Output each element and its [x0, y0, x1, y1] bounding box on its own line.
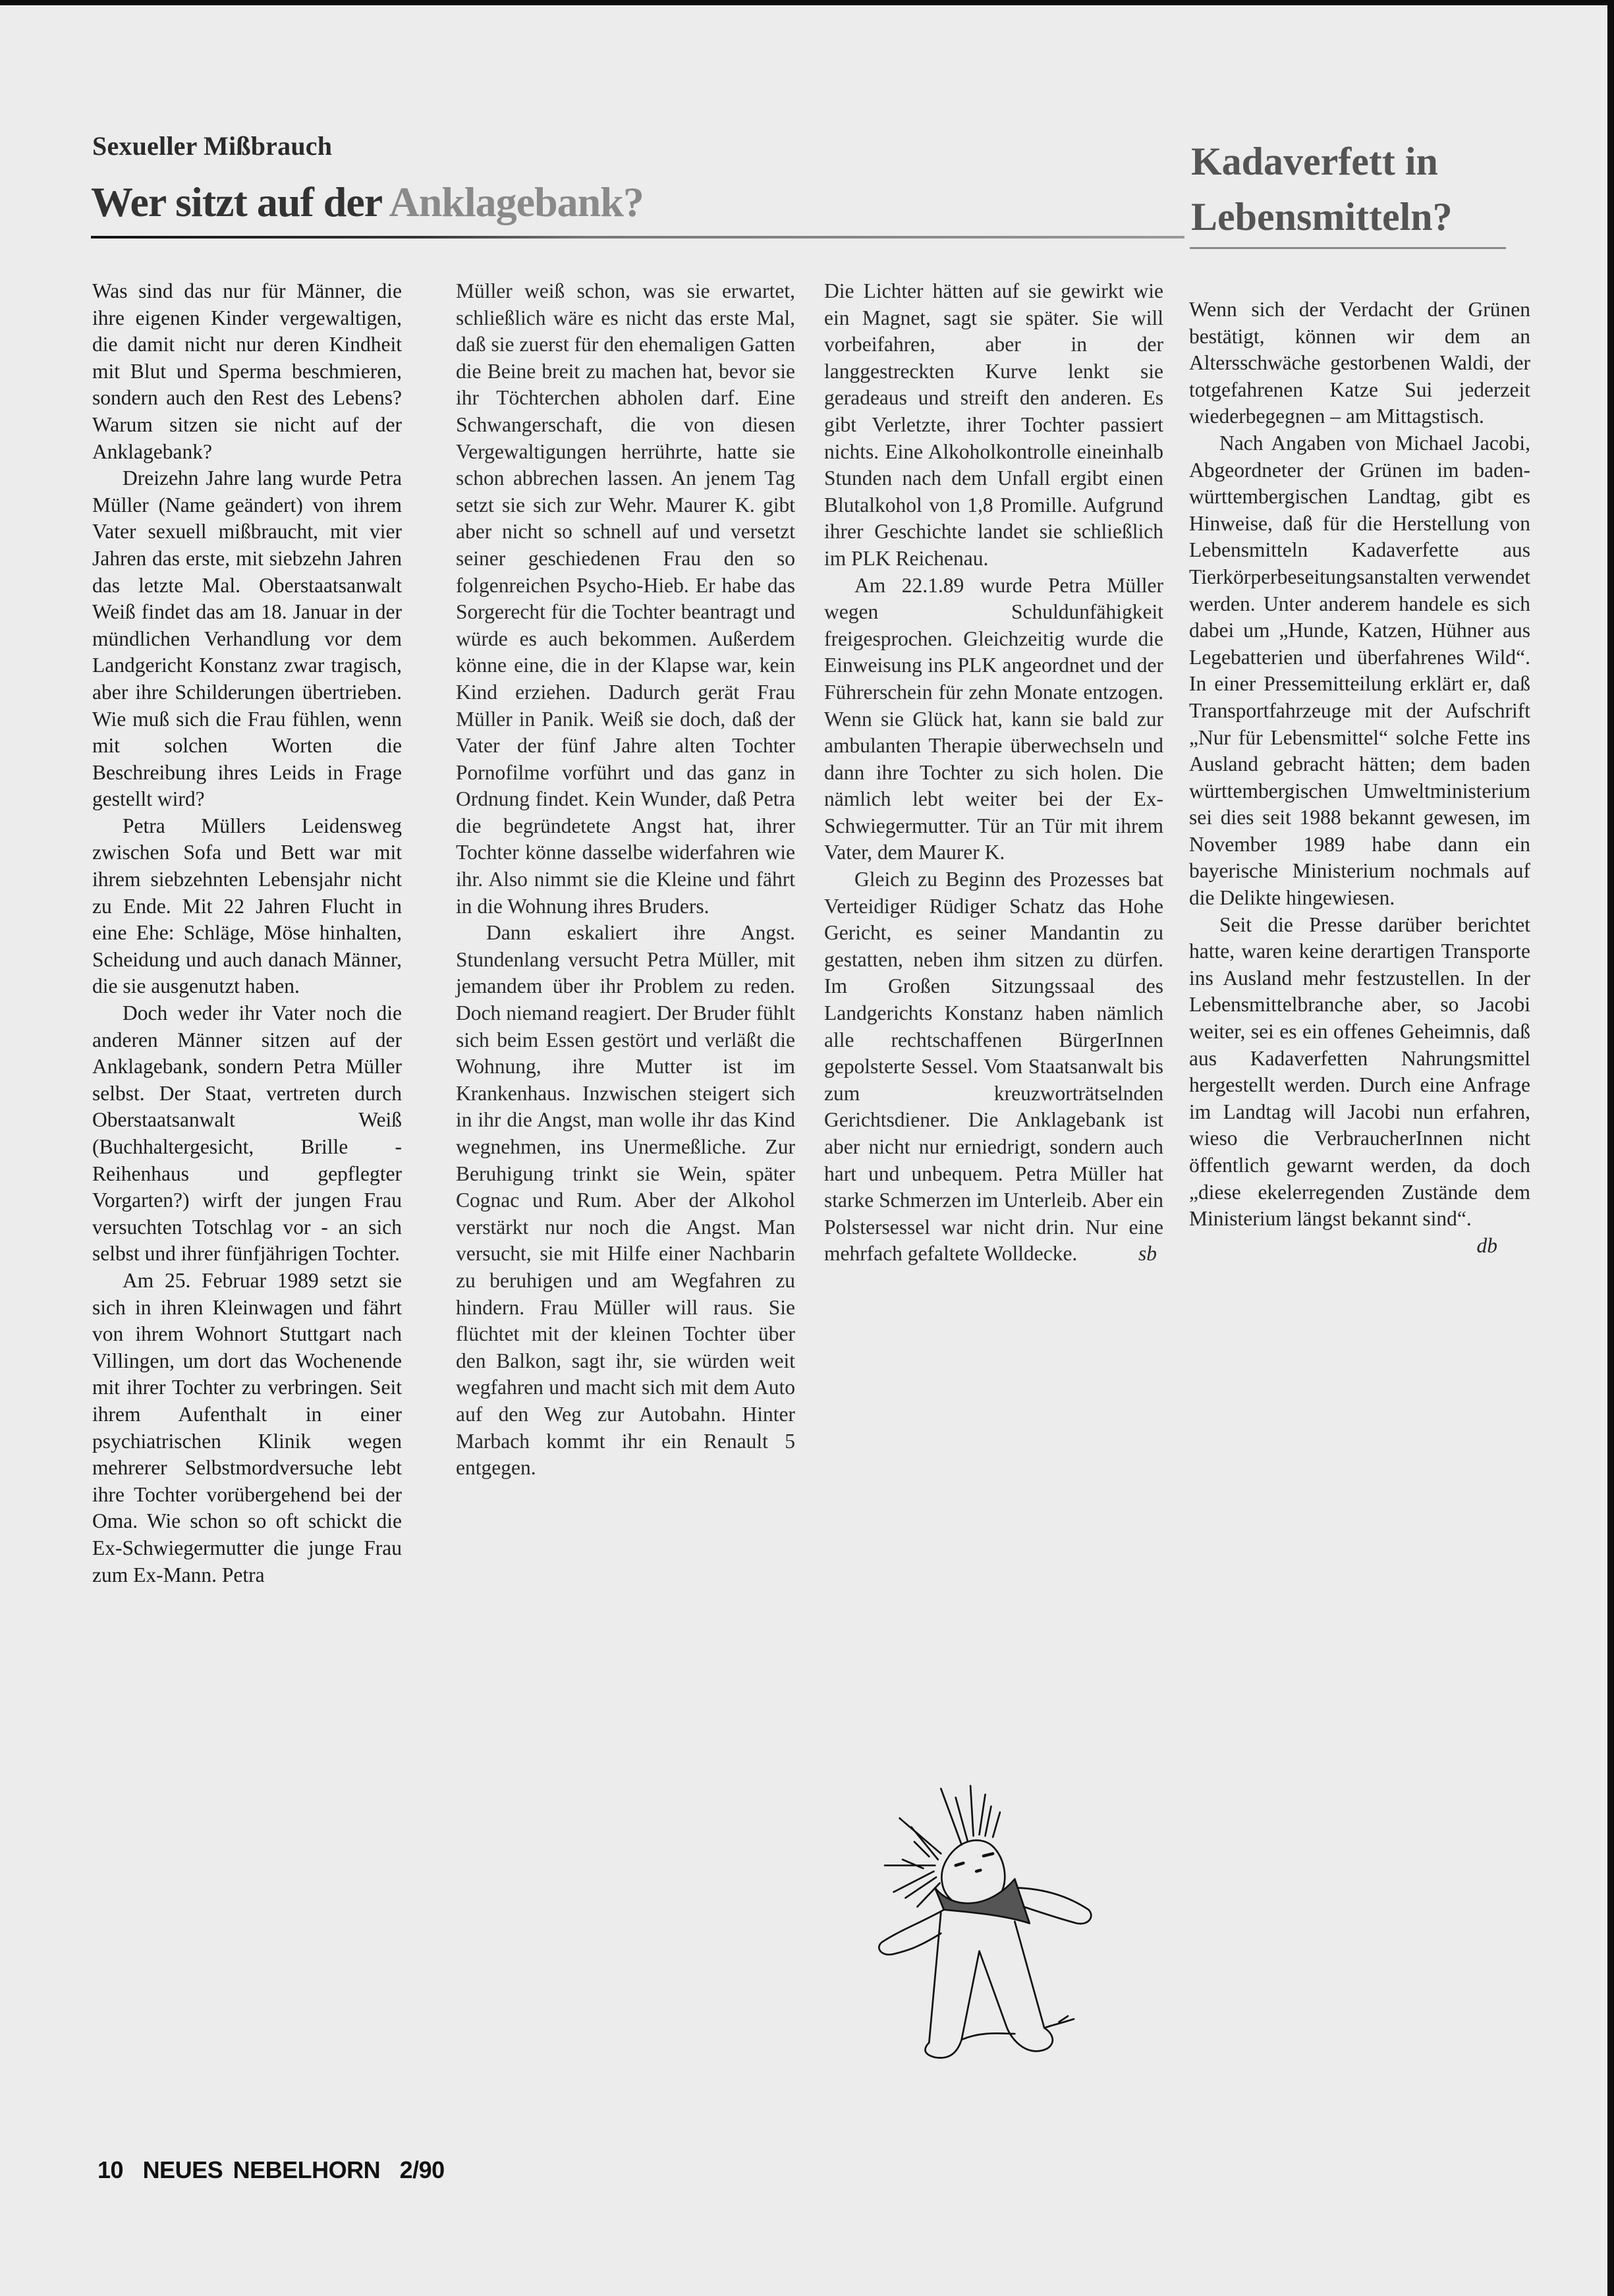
paragraph: Petra Müllers Leidensweg zwischen Sofa u…	[92, 813, 402, 1000]
page-number: 10	[97, 2156, 123, 2183]
paragraph: Doch weder ihr Vater noch die anderen Mä…	[92, 1000, 402, 1268]
paragraph: Was sind das nur für Männer, die ihre ei…	[92, 278, 402, 465]
headline-faded-part: Anklagebank?	[389, 179, 643, 225]
child-drawing-figure-icon	[856, 1771, 1120, 2114]
paragraph: Seit die Presse darüber berichtet hatte,…	[1189, 912, 1530, 1233]
paragraph-text: Seit die Presse darüber berichtet hatte,…	[1189, 913, 1530, 1231]
magazine-page: Sexueller Mißbrauch Wer sitzt auf der An…	[0, 5, 1607, 2296]
paragraph: Wenn sich der Verdacht der Grünen bestät…	[1189, 296, 1530, 430]
publication-name: NEUES NEBELHORN	[143, 2156, 381, 2183]
paragraph: Am 22.1.89 wurde Petra Müller wegen Schu…	[824, 573, 1163, 867]
headline-dark-part: Wer sitzt auf der	[91, 179, 381, 225]
page-footer: 10 NEUES NEBELHORN 2/90	[97, 2156, 454, 2184]
paragraph: Dann eskaliert ihre Angst. Stundenlang v…	[456, 920, 795, 1481]
paragraph: Müller weiß schon, was sie erwartet, sch…	[456, 278, 795, 920]
paragraph: Dreizehn Jahre lang wurde Petra Müller (…	[92, 465, 402, 813]
side-headline-rule	[1190, 247, 1506, 249]
author-signature: sb	[1108, 1241, 1163, 1268]
article-column-1: Was sind das nur für Männer, die ihre ei…	[92, 278, 402, 1588]
article-kicker: Sexueller Mißbrauch	[92, 130, 332, 161]
author-signature: db	[1447, 1233, 1531, 1260]
paragraph: Am 25. Februar 1989 setzt sie sich in ih…	[92, 1268, 402, 1588]
paragraph: Gleich zu Beginn des Prozesses bat Verte…	[824, 866, 1163, 1268]
headline-rule	[91, 236, 1184, 238]
side-article-column: Wenn sich der Verdacht der Grünen bestät…	[1189, 296, 1530, 1259]
paragraph-text: Gleich zu Beginn des Prozesses bat Verte…	[824, 868, 1163, 1265]
article-column-3: Die Lichter hätten auf sie gewirkt wie e…	[824, 278, 1163, 1268]
paragraph: Die Lichter hätten auf sie gewirkt wie e…	[824, 278, 1163, 573]
side-article-headline: Kadaverfett in Lebensmitteln?	[1191, 134, 1520, 244]
paragraph: Nach Angaben von Michael Jacobi, Abgeord…	[1189, 430, 1530, 912]
issue-number: 2/90	[400, 2156, 445, 2183]
article-column-2: Müller weiß schon, was sie erwartet, sch…	[456, 278, 795, 1482]
article-headline: Wer sitzt auf der Anklagebank?	[91, 178, 644, 227]
